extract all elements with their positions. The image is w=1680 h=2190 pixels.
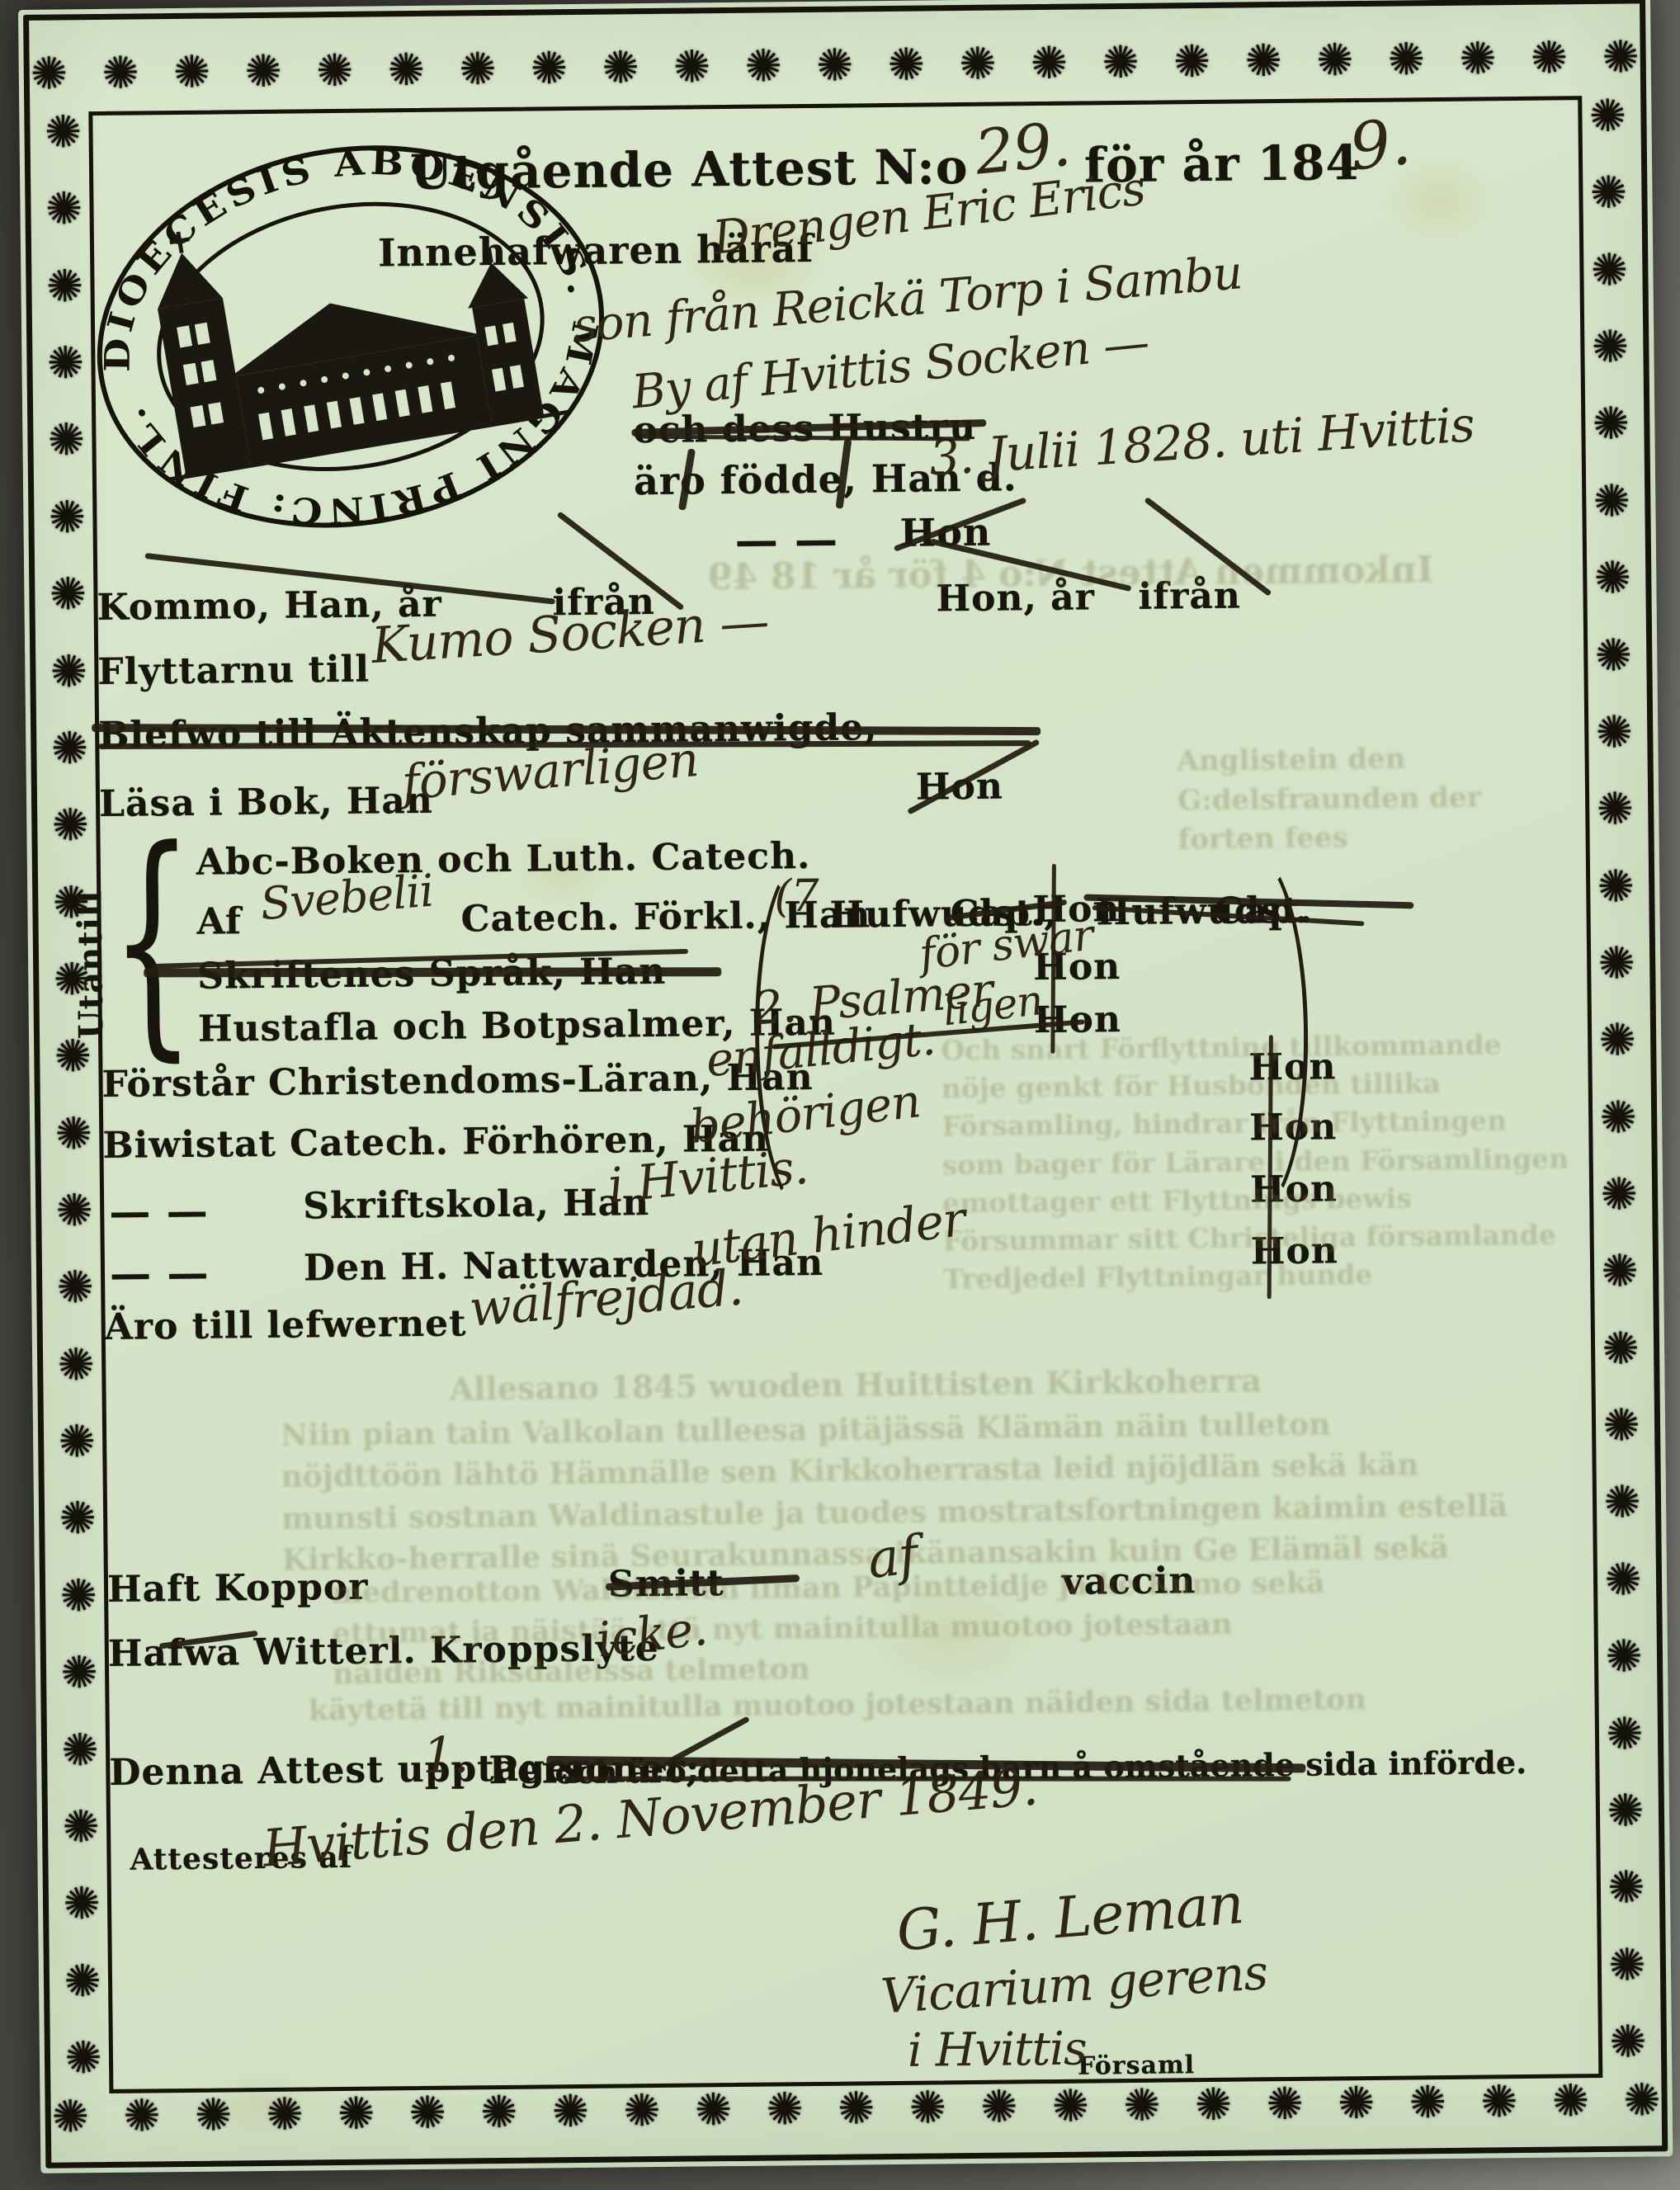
- flytta-label: Flyttarnu till: [97, 649, 370, 693]
- nattward-dashes: — —: [110, 1248, 210, 1298]
- person-count-handwritten: 1.: [422, 1726, 469, 1785]
- bleedthrough-side-lines: Anglistein den G:delsfraunden der forten…: [1177, 739, 1482, 860]
- utantill-label: Utantill: [70, 890, 111, 1039]
- attest-year-digit-handwritten: 9.: [1346, 105, 1413, 186]
- certificate-paper: ✺✺✺✺✺✺✺✺✺✺✺✺✺✺✺✺✺✺✺✺✺✺✺ ✺✺✺✺✺✺✺✺✺✺✺✺✺✺✺✺…: [18, 0, 1673, 2173]
- skriftskola-label: Skriftskola, Han: [303, 1182, 649, 1227]
- skriftskola-dashes: — —: [109, 1187, 209, 1236]
- bleedthrough-line: Allesano 1845 wuoden Huittisten Kirkkohe…: [449, 1358, 1262, 1410]
- diocese-seal: DIOECESIS ABOENSIS. MAGNI PRINC: FINL.: [52, 117, 651, 569]
- signature-parish: i Hvittis: [908, 2022, 1087, 2078]
- af-label: Af: [196, 900, 242, 943]
- birthdate-handwritten: 3. Julii 1828. uti Hvittis: [927, 396, 1475, 486]
- pen-stroke: [144, 967, 721, 977]
- pen-stroke: [565, 1777, 1291, 1782]
- utantill-brace: {: [109, 819, 196, 1064]
- forsaml-label: Församl: [1078, 2051, 1195, 2080]
- certificate-content: Inkommen Attest N:o 4 för år 18 49 Angli…: [18, 0, 1673, 2173]
- bleedthrough-low-paragraph: medrenotton Waldiolisen ilman Papintteid…: [332, 1563, 1326, 1695]
- af-handwritten: af: [865, 1525, 921, 1591]
- lefwernet-label: Äro till lefwernet: [104, 1302, 466, 1348]
